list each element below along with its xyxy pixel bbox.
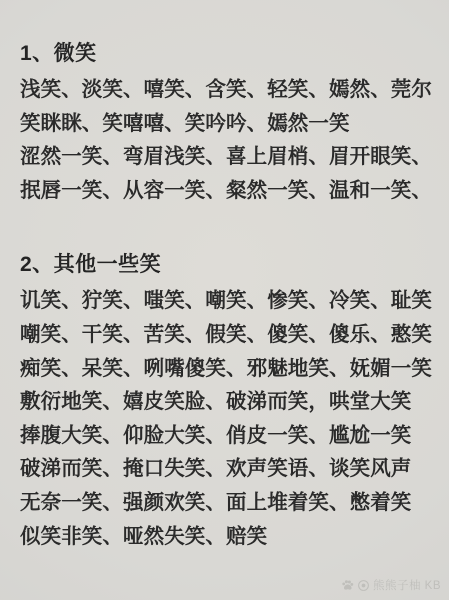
- word-line: 破涕而笑、掩口失笑、欢声笑语、谈笑风声: [20, 452, 435, 486]
- word-line: 浅笑、淡笑、嘻笑、含笑、轻笑、嫣然、莞尔: [20, 73, 435, 107]
- word-line: 捧腹大笑、仰脸大笑、俏皮一笑、尴尬一笑: [20, 419, 435, 453]
- word-line: 痴笑、呆笑、咧嘴傻笑、邪魅地笑、妩媚一笑: [20, 352, 435, 386]
- section-other-laughs-heading: 2、其他一些笑: [20, 247, 435, 283]
- word-line: 敷衍地笑、嬉皮笑脸、破涕而笑，哄堂大笑: [20, 385, 435, 419]
- word-list-page: 1、微笑 浅笑、淡笑、嘻笑、含笑、轻笑、嫣然、莞尔 笑眯眯、笑嘻嘻、笑吟吟、嫣然…: [20, 36, 435, 553]
- app-logo-icon: [357, 579, 370, 592]
- word-line: 抿唇一笑、从容一笑、粲然一笑、温和一笑、: [20, 174, 435, 208]
- word-line: 涩然一笑、弯眉浅笑、喜上眉梢、眉开眼笑、: [20, 140, 435, 174]
- word-line: 笑眯眯、笑嘻嘻、笑吟吟、嫣然一笑: [20, 107, 435, 141]
- word-line: 无奈一笑、强颜欢笑、面上堆着笑、憋着笑: [20, 486, 435, 520]
- word-line: 嘲笑、干笑、苦笑、假笑、傻笑、傻乐、憨笑: [20, 318, 435, 352]
- paw-icon: [341, 579, 354, 592]
- section-smile-heading: 1、微笑: [20, 36, 435, 72]
- section-other-laughs: 2、其他一些笑 讥笑、狞笑、嗤笑、嘲笑、惨笑、冷笑、耻笑 嘲笑、干笑、苦笑、假笑…: [20, 247, 435, 553]
- word-line: 似笑非笑、哑然失笑、赔笑: [20, 520, 435, 554]
- watermark: 熊熊子柚 KB: [341, 577, 441, 593]
- watermark-text: 熊熊子柚 KB: [373, 577, 441, 593]
- word-line: 讥笑、狞笑、嗤笑、嘲笑、惨笑、冷笑、耻笑: [20, 284, 435, 318]
- section-smile: 1、微笑 浅笑、淡笑、嘻笑、含笑、轻笑、嫣然、莞尔 笑眯眯、笑嘻嘻、笑吟吟、嫣然…: [20, 36, 435, 207]
